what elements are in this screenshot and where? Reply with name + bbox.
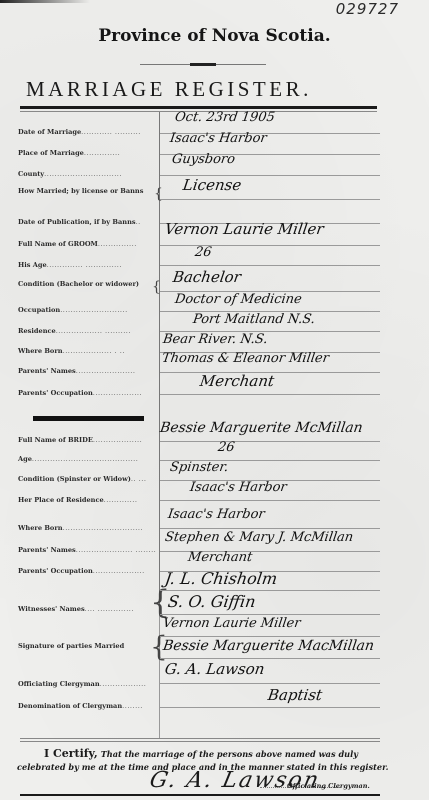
witness-name: J. L. Chisholm — [164, 569, 279, 588]
field-label: Parents' Names....................... — [18, 367, 158, 375]
field-value: Spinster. — [169, 460, 229, 475]
province-title: Province of Nova Scotia. — [0, 26, 429, 46]
field-value: Bear River. N.S. — [162, 332, 269, 347]
marriage-register-page: 029727 Province of Nova Scotia. MARRIAGE… — [0, 0, 429, 800]
field-label: Where Born..............................… — [18, 524, 158, 532]
field-value: Thomas & Eleanor Miller — [161, 351, 330, 366]
field-value: Vernon Laurie Miller — [164, 220, 325, 238]
entry-line — [160, 265, 380, 266]
entry-line — [160, 614, 380, 615]
field-value: Oct. 23rd 1905 — [174, 110, 276, 125]
register-title: MARRIAGE REGISTER. — [26, 77, 312, 102]
header-rule — [20, 106, 377, 109]
signature-caption: Officiating Clergyman. — [287, 782, 370, 790]
field-label: Parents' Occupation.................... — [18, 567, 158, 575]
field-label: Parents' Occupation................... — [18, 389, 158, 397]
entry-line — [160, 528, 380, 529]
certify-lead: I Certify, — [44, 747, 98, 760]
field-value: Stephen & Mary J. McMillan — [164, 530, 354, 545]
entry-line — [160, 441, 380, 442]
field-label: Full Name of GROOM............... — [18, 240, 158, 248]
field-label: Place of Marriage.............. — [18, 149, 158, 157]
field-label: Parents' Names...................... ...… — [18, 546, 158, 554]
entry-line — [160, 707, 380, 708]
field-label: His Age.............. .............. — [18, 261, 158, 269]
entry-line — [160, 500, 380, 501]
title-ornament — [140, 63, 266, 66]
field-value: G. A. Lawson — [164, 660, 266, 678]
field-value: Merchant — [199, 372, 276, 390]
field-value: Merchant — [187, 550, 253, 565]
field-label: Occupation.......................... — [18, 306, 158, 314]
field-value: Port Maitland N.S. — [192, 312, 316, 327]
field-value: Doctor of Medicine — [174, 292, 303, 307]
field-value: Baptist — [267, 686, 324, 704]
field-label: Date of Publication, if by Banns.. — [18, 218, 158, 226]
scan-edge-shadow — [0, 0, 90, 3]
entry-line — [160, 683, 380, 684]
field-label: Signature of parties Married — [18, 642, 150, 651]
field-value: Guysboro — [171, 152, 236, 167]
field-label: Condition (Bachelor or widower) — [18, 280, 143, 289]
entry-line — [160, 658, 380, 659]
field-label: Her Place of Residence............. — [18, 496, 158, 504]
entry-line — [160, 394, 380, 395]
field-value: Bessie Marguerite McMillan — [159, 420, 364, 436]
brace: { — [152, 279, 161, 295]
field-label: Full Name of BRIDE................... — [18, 436, 158, 444]
field-label: Where Born................... . .. — [18, 347, 158, 355]
field-value: Isaac's Harbor — [169, 131, 268, 146]
field-value: 26 — [217, 440, 236, 455]
certify-rule — [20, 738, 380, 739]
groom-signature: Vernon Laurie Miller — [162, 616, 302, 631]
certify-rule-thin — [20, 741, 380, 742]
register-number: 029727 — [336, 0, 399, 18]
bride-section-bar — [33, 416, 144, 421]
entry-line — [160, 199, 380, 200]
witness-name: S. O. Giffin — [167, 592, 257, 611]
field-label: Residence.................. .......... — [18, 327, 158, 335]
field-label: County.............................. — [18, 170, 158, 178]
field-value: Isaac's Harbor — [167, 507, 266, 522]
entry-line — [160, 245, 380, 246]
field-label: Denomination of Clergyman........ — [18, 702, 158, 710]
field-label: Officiating Clergyman.................. — [18, 680, 158, 688]
entry-line — [160, 636, 380, 637]
footer-rule — [20, 794, 380, 796]
field-label: Condition (Spinster or Widow).. ... — [18, 475, 158, 483]
field-value: Bachelor — [172, 268, 242, 286]
entry-line — [160, 590, 380, 591]
field-value: 26 — [194, 245, 213, 260]
field-value: License — [182, 176, 243, 194]
field-label: Date of Marriage............ .......... — [18, 128, 158, 136]
bride-signature: Bessie Marguerite MacMillan — [162, 638, 375, 654]
field-value: Isaac's Harbor — [189, 480, 288, 495]
field-label: Witnesses' Names.... .............. — [18, 605, 158, 613]
field-label: Age.....................................… — [18, 455, 158, 463]
field-label: How Married; by license or Banns — [18, 187, 150, 196]
